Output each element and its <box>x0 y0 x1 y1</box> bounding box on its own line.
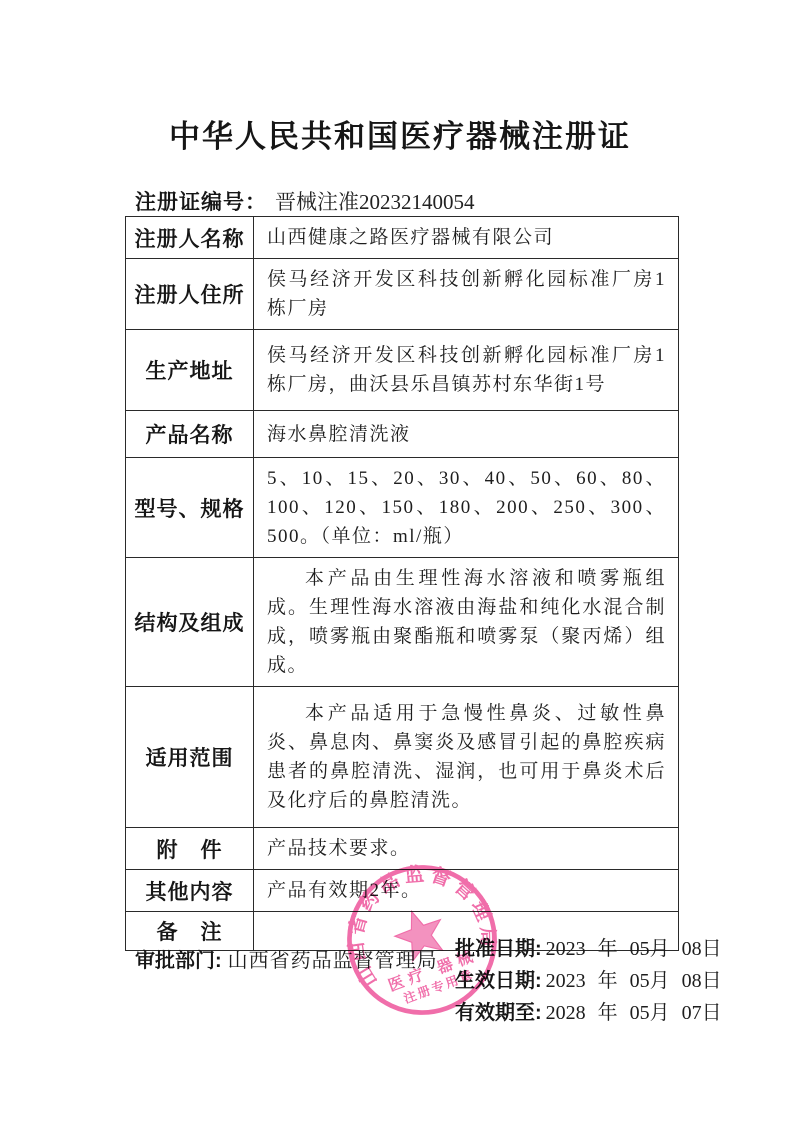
expiry-date-value: 2028 年 05月 07日 <box>546 1002 722 1024</box>
row-label: 附 件 <box>126 828 254 870</box>
approval-department-label: 审批部门: <box>135 950 222 972</box>
approval-department-line: 审批部门:山西省药品监督管理局 <box>135 944 438 973</box>
certificate-number-line: 注册证编号：晋械注准20232140054 <box>135 186 475 216</box>
page-title: 中华人民共和国医疗器械注册证 <box>0 111 800 156</box>
table-row: 结构及组成 本产品由生理性海水溶液和喷雾瓶组成。生理性海水溶液由海盐和纯化水混合… <box>126 558 679 687</box>
effective-date-line: 生效日期:2023 年 05月 08日 <box>455 964 722 996</box>
row-value: 海水鼻腔清洗液 <box>254 411 679 458</box>
row-value: 产品有效期2年。 <box>254 870 679 912</box>
table-row: 注册人名称 山西健康之路医疗器械有限公司 <box>126 217 679 259</box>
table-row: 其他内容 产品有效期2年。 <box>126 870 679 912</box>
effective-date-label: 生效日期: <box>455 970 542 992</box>
row-value: 侯马经济开发区科技创新孵化园标准厂房1栋厂房 <box>254 259 679 330</box>
row-label: 结构及组成 <box>126 558 254 687</box>
row-value: 本产品由生理性海水溶液和喷雾瓶组成。生理性海水溶液由海盐和纯化水混合制成，喷雾瓶… <box>254 558 679 687</box>
row-value: 产品技术要求。 <box>254 828 679 870</box>
certificate-page: 中华人民共和国医疗器械注册证 注册证编号：晋械注准20232140054 注册人… <box>0 0 800 1131</box>
table-row: 生产地址 侯马经济开发区科技创新孵化园标准厂房1栋厂房，曲沃县乐昌镇苏村东华街1… <box>126 330 679 411</box>
row-label: 其他内容 <box>126 870 254 912</box>
registration-table: 注册人名称 山西健康之路医疗器械有限公司 注册人住所 侯马经济开发区科技创新孵化… <box>125 216 679 951</box>
row-value: 侯马经济开发区科技创新孵化园标准厂房1栋厂房，曲沃县乐昌镇苏村东华街1号 <box>254 330 679 411</box>
expiry-date-line: 有效期至:2028 年 05月 07日 <box>455 996 722 1028</box>
row-value: 山西健康之路医疗器械有限公司 <box>254 217 679 259</box>
effective-date-value: 2023 年 05月 08日 <box>546 970 722 992</box>
row-label: 适用范围 <box>126 687 254 828</box>
row-value: 本产品适用于急慢性鼻炎、过敏性鼻炎、鼻息肉、鼻窦炎及感冒引起的鼻腔疾病患者的鼻腔… <box>254 687 679 828</box>
row-label: 注册人住所 <box>126 259 254 330</box>
expiry-date-label: 有效期至: <box>455 1002 542 1024</box>
row-label: 生产地址 <box>126 330 254 411</box>
row-label: 注册人名称 <box>126 217 254 259</box>
table-row: 附 件 产品技术要求。 <box>126 828 679 870</box>
certificate-number-label: 注册证编号： <box>135 191 267 214</box>
table-row: 注册人住所 侯马经济开发区科技创新孵化园标准厂房1栋厂房 <box>126 259 679 330</box>
table-row: 型号、规格 5、10、15、20、30、40、50、60、80、100、120、… <box>126 458 679 558</box>
row-label: 产品名称 <box>126 411 254 458</box>
approval-date-label: 批准日期: <box>455 938 542 960</box>
row-label: 型号、规格 <box>126 458 254 558</box>
certificate-number-value: 晋械注准20232140054 <box>275 190 475 214</box>
dates-block: 批准日期:2023 年 05月 08日 生效日期:2023 年 05月 08日 … <box>455 932 722 1028</box>
approval-department-value: 山西省药品监督管理局 <box>228 950 438 972</box>
table-row: 产品名称 海水鼻腔清洗液 <box>126 411 679 458</box>
approval-date-value: 2023 年 05月 08日 <box>546 938 722 960</box>
table-row: 适用范围 本产品适用于急慢性鼻炎、过敏性鼻炎、鼻息肉、鼻窦炎及感冒引起的鼻腔疾病… <box>126 687 679 828</box>
row-value: 5、10、15、20、30、40、50、60、80、100、120、150、18… <box>254 458 679 558</box>
approval-date-line: 批准日期:2023 年 05月 08日 <box>455 932 722 964</box>
